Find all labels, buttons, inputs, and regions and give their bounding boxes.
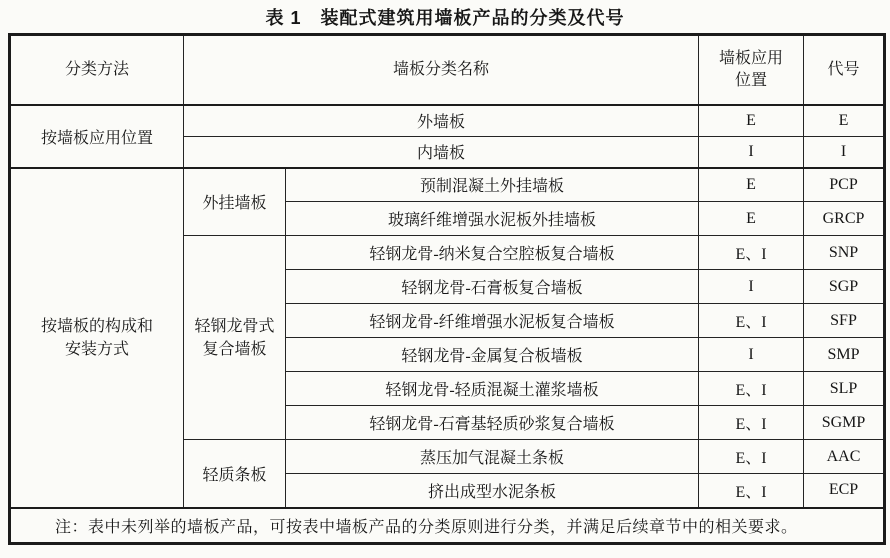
panel-name-cell: 蒸压加气混凝土条板	[286, 440, 699, 474]
panel-name-cell: 预制混凝土外挂墙板	[286, 168, 699, 202]
subgroup-label-lightweight-strip: 轻质条板	[184, 440, 286, 508]
header-application-position: 墙板应用 位置	[699, 35, 804, 105]
classification-table: 分类方法 墙板分类名称 墙板应用 位置 代号 按墙板应用位置 外墙板 E E 内…	[8, 33, 886, 545]
code-cell: SFP	[804, 304, 885, 338]
table-row: 按墙板的构成和 安装方式 外挂墙板 预制混凝土外挂墙板 E PCP	[10, 168, 885, 202]
note-row: 注：表中未列举的墙板产品，可按表中墙板产品的分类原则进行分类，并满足后续章节中的…	[10, 508, 885, 544]
panel-name-cell: 轻钢龙骨-纳米复合空腔板复合墙板	[286, 236, 699, 270]
document-page: 表 1 装配式建筑用墙板产品的分类及代号 分类方法 墙板分类名称 墙板应用 位置…	[0, 0, 890, 558]
position-cell: E、I	[699, 406, 804, 440]
table-row: 按墙板应用位置 外墙板 E E	[10, 105, 885, 137]
panel-name-cell: 轻钢龙骨-石膏板复合墙板	[286, 270, 699, 304]
code-cell: SLP	[804, 372, 885, 406]
code-cell: SMP	[804, 338, 885, 372]
position-cell: E	[699, 105, 804, 137]
group-label-application-position: 按墙板应用位置	[10, 105, 184, 168]
panel-name-cell: 挤出成型水泥条板	[286, 474, 699, 508]
code-cell: AAC	[804, 440, 885, 474]
code-cell: SGMP	[804, 406, 885, 440]
subgroup-label-light-steel-keel: 轻钢龙骨式 复合墙板	[184, 236, 286, 440]
panel-name-cell: 玻璃纤维增强水泥板外挂墙板	[286, 202, 699, 236]
table-title: 表 1 装配式建筑用墙板产品的分类及代号	[0, 0, 890, 31]
position-cell: I	[699, 137, 804, 168]
panel-name-cell: 轻钢龙骨-纤维增强水泥板复合墙板	[286, 304, 699, 338]
panel-name-cell: 轻钢龙骨-轻质混凝土灌浆墙板	[286, 372, 699, 406]
group-label-composition-installation: 按墙板的构成和 安装方式	[10, 168, 184, 508]
code-cell: SNP	[804, 236, 885, 270]
position-cell: E	[699, 168, 804, 202]
position-cell: I	[699, 270, 804, 304]
header-method: 分类方法	[10, 35, 184, 105]
position-cell: E、I	[699, 474, 804, 508]
panel-name-cell: 轻钢龙骨-石膏基轻质砂浆复合墙板	[286, 406, 699, 440]
code-cell: SGP	[804, 270, 885, 304]
code-cell: I	[804, 137, 885, 168]
position-cell: E	[699, 202, 804, 236]
position-cell: I	[699, 338, 804, 372]
position-cell: E、I	[699, 440, 804, 474]
position-cell: E、I	[699, 304, 804, 338]
panel-name-cell: 轻钢龙骨-金属复合板墙板	[286, 338, 699, 372]
header-row: 分类方法 墙板分类名称 墙板应用 位置 代号	[10, 35, 885, 105]
header-code: 代号	[804, 35, 885, 105]
position-cell: E、I	[699, 372, 804, 406]
code-cell: PCP	[804, 168, 885, 202]
code-cell: ECP	[804, 474, 885, 508]
panel-name-cell: 内墙板	[184, 137, 699, 168]
panel-name-cell: 外墙板	[184, 105, 699, 137]
code-cell: GRCP	[804, 202, 885, 236]
header-panel-name: 墙板分类名称	[184, 35, 699, 105]
subgroup-label-external-hanging: 外挂墙板	[184, 168, 286, 236]
code-cell: E	[804, 105, 885, 137]
position-cell: E、I	[699, 236, 804, 270]
table-note: 注：表中未列举的墙板产品，可按表中墙板产品的分类原则进行分类，并满足后续章节中的…	[10, 508, 885, 544]
